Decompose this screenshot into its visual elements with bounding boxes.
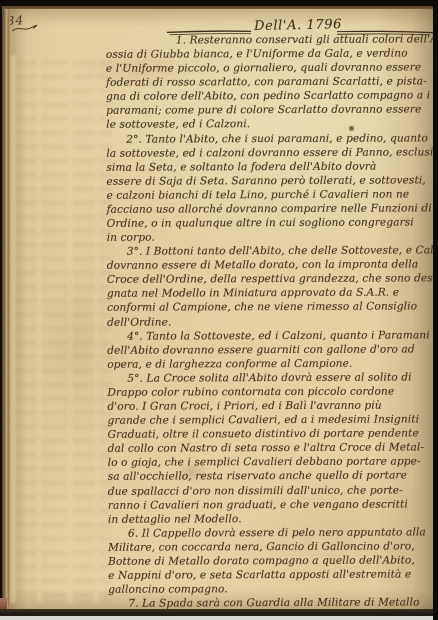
scan-border — [433, 0, 438, 620]
paper-stain — [40, 259, 110, 439]
text-line: paramani; come pure di colore Scarlatto … — [106, 103, 432, 119]
scanner-bed-strip — [0, 616, 438, 620]
text-line: Militare, con coccarda nera, Gancio di G… — [108, 539, 433, 555]
text-line: Drappo color rubino contornata con picco… — [107, 384, 433, 400]
text-line: 5°. La Croce solita all'Abito dovrà esse… — [107, 370, 433, 386]
manuscript-text: 1. Resteranno conservati gli attuali col… — [106, 32, 433, 610]
text-line: d'oro. I Gran Croci, i Priori, ed i Balì… — [107, 398, 433, 414]
text-line: 3°. I Bottoni tanto dell'Abito, che dell… — [107, 243, 433, 259]
text-line: e Nappini d'oro, e seta Scarlatta appost… — [108, 567, 433, 583]
text-line: Bottone di Metallo dorato compagno a que… — [108, 553, 433, 569]
text-line: conformi al Campione, che ne viene rimes… — [107, 300, 433, 316]
text-line: 7. La Spada sarà con Guardia alla Milita… — [108, 595, 433, 610]
text-line: dovranno essere di Metallo dorato, con l… — [107, 258, 433, 274]
text-line: ranno i Cavalieri non graduati, e che ve… — [108, 497, 433, 513]
text-line: due spallacci d'oro non dissimili dall'u… — [108, 483, 433, 499]
manuscript-page: 34 Dell'A. 1796 1. Resteranno conservati… — [10, 9, 433, 610]
text-line: sa all'occhiello, resta riservato anche … — [108, 469, 433, 485]
text-line: dell'Ordine. — [107, 314, 433, 330]
text-line: 2°. Tanto l'Abito, che i suoi paramani, … — [106, 131, 432, 147]
text-line: le sottoveste, ed i Calzoni. — [106, 117, 432, 133]
text-line: 1. Resteranno conservati gli attuali col… — [106, 32, 432, 48]
text-line: in dettaglio nel Modello. — [108, 511, 433, 527]
text-line: facciano uso allorché dovranno comparire… — [106, 201, 432, 217]
text-line: e l'Uniforme piccolo, o giornaliero, qua… — [106, 60, 432, 76]
text-line: la sottoveste, ed i calzoni dovranno ess… — [106, 145, 432, 161]
text-line: opera, e di larghezza conforme al Campio… — [107, 356, 433, 372]
text-line: gna di colore dell'Abito, con pedino Sca… — [106, 89, 432, 105]
text-line: dal collo con Nastro di seta rosso e l'a… — [108, 441, 433, 457]
text-line: gnata nel Modello in Miniatura approvato… — [107, 286, 433, 302]
text-line: galloncino compagno. — [108, 581, 433, 597]
text-line: sima la Seta, e soltanto la fodera dell'… — [106, 159, 432, 175]
text-line: Graduati, oltre il consueto distintivo d… — [107, 426, 433, 442]
text-line: essere di Saja di Seta. Saranno però tol… — [106, 173, 432, 189]
text-line: Ordine, o in qualunque altre in cui sogl… — [107, 215, 433, 231]
text-line: foderati di rosso scarlatto, con paraman… — [106, 75, 432, 91]
text-line: 4°. Tanto la Sottoveste, ed i Calzoni, q… — [107, 328, 433, 344]
text-line: ossia di Giubba bianca, e l'Uniforme da … — [106, 46, 432, 62]
text-line: e calzoni bianchi di tela Lino, purché i… — [106, 187, 432, 203]
text-line: lo o gioja, che i semplici Cavalieri deb… — [108, 455, 433, 471]
page-title: Dell'A. 1796 — [254, 17, 342, 34]
text-line: in corpo. — [107, 229, 433, 245]
text-line: dell'Abito dovranno essere guarniti con … — [107, 342, 433, 358]
text-line: grande che i semplici Cavalieri, ed a i … — [107, 412, 433, 428]
text-line: 6. Il Cappello dovrà essere di pelo nero… — [108, 525, 433, 541]
text-line: Croce dell'Ordine, della respettiva gran… — [107, 272, 433, 288]
